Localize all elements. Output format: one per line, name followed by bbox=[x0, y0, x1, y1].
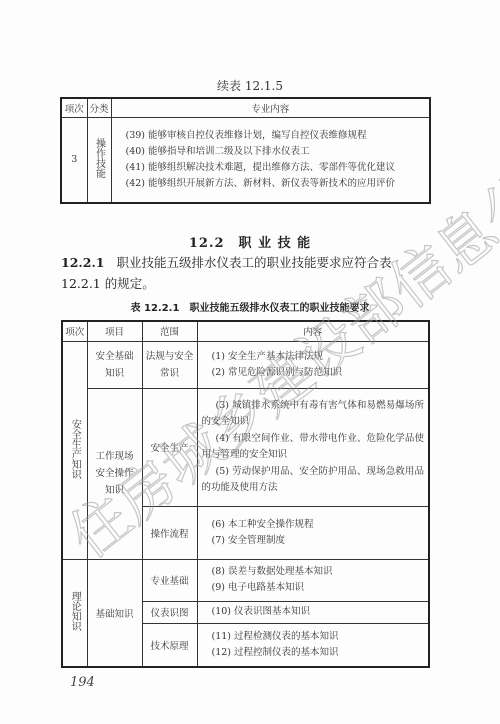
header-item: 项目 bbox=[87, 321, 142, 341]
scope-cell: 专业基础 bbox=[142, 559, 197, 601]
header-index: 项次 bbox=[61, 98, 87, 117]
content-item: (41) 能够组织解决技术难题，提出维修方法、零部件等优化建议 bbox=[126, 160, 430, 176]
table-caption-title: 职业技能五级排水仪表工的职业技能要求 bbox=[189, 303, 369, 314]
scope-cell: 仪表识图 bbox=[142, 601, 197, 623]
section-number: 12.2 bbox=[189, 236, 225, 251]
content-item: (39) 能够审核自控仪表维修计划，编写自控仪表维修规程 bbox=[126, 128, 430, 144]
section-heading: 12.2职 业 技 能 bbox=[0, 232, 500, 251]
header-category: 分类 bbox=[87, 98, 111, 117]
scope-cell: 安全生产 bbox=[142, 388, 197, 506]
scope-cell: 技术原理 bbox=[142, 623, 197, 667]
continued-table: 项次 分类 专业内容 3 操作技能 (39) 能够审核自控仪表维修计划，编写自控… bbox=[60, 97, 431, 204]
skills-table: 项次 项目 范围 内容 安全生产知识 安全基础知识 法规与安全常识 (1) 安全… bbox=[61, 320, 430, 668]
table-header-row: 项次 分类 专业内容 bbox=[61, 98, 430, 117]
page-number: 194 bbox=[70, 675, 95, 690]
category-cell: 理论知识 bbox=[62, 559, 87, 667]
clause-paragraph: 12.2.1职业技能五级排水仪表工的职业技能要求应符合表 12.2.1 的规定。 bbox=[61, 252, 433, 294]
content-item: (42) 能够组织开展新方法、新材料、新仪表等新技术的应用评价 bbox=[126, 176, 430, 192]
content-cell: (8) 误差与数据处理基本知识 (9) 电子电路基本知识 bbox=[197, 559, 429, 601]
content-cell: (10) 仪表识图基本知识 bbox=[197, 601, 429, 623]
table-row: 3 操作技能 (39) 能够审核自控仪表维修计划，编写自控仪表维修规程 (40)… bbox=[61, 117, 430, 203]
header-scope: 范围 bbox=[142, 321, 197, 341]
header-content: 专业内容 bbox=[111, 98, 430, 117]
table-caption: 表 12.2.1职业技能五级排水仪表工的职业技能要求 bbox=[0, 299, 500, 314]
continued-table-caption: 续表 12.1.5 bbox=[0, 77, 500, 94]
table-row: 安全生产知识 安全基础知识 法规与安全常识 (1) 安全生产基本法律法规 (2)… bbox=[62, 341, 429, 388]
clause-text: 职业技能五级排水仪表工的职业技能要求应符合表 12.2.1 的规定。 bbox=[61, 255, 392, 291]
content-cell: (6) 本工种安全操作规程 (7) 安全管理制度 bbox=[197, 506, 429, 559]
item-cell: 基础知识 bbox=[87, 559, 142, 667]
category-cell: 安全生产知识 bbox=[62, 341, 87, 559]
clause-number: 12.2.1 bbox=[61, 255, 105, 270]
header-index: 项次 bbox=[62, 321, 87, 341]
content-cell: (3) 城镇排水系统中有毒有害气体和易燃易爆场所的安全知识 (4) 有限空间作业… bbox=[197, 388, 429, 506]
item-cell: 工作现场安全操作知识 bbox=[87, 388, 142, 559]
table-caption-number: 表 12.2.1 bbox=[131, 303, 180, 314]
content-cell: (11) 过程检测仪表的基本知识 (12) 过程控制仪表的基本知识 bbox=[197, 623, 429, 667]
table-header-row: 项次 项目 范围 内容 bbox=[62, 321, 429, 341]
header-content: 内容 bbox=[197, 321, 429, 341]
content-cell: (1) 安全生产基本法律法规 (2) 常见危险源识别与防范知识 bbox=[197, 341, 429, 388]
item-cell: 安全基础知识 bbox=[87, 341, 142, 388]
row-content: (39) 能够审核自控仪表维修计划，编写自控仪表维修规程 (40) 能够指导和培… bbox=[111, 117, 430, 203]
row-index: 3 bbox=[61, 117, 87, 203]
content-item: (40) 能够指导和培训二级及以下排水仪表工 bbox=[126, 144, 430, 160]
table-row: 理论知识 基础知识 专业基础 (8) 误差与数据处理基本知识 (9) 电子电路基… bbox=[62, 559, 429, 601]
section-title: 职 业 技 能 bbox=[239, 236, 312, 251]
table-row: 工作现场安全操作知识 安全生产 (3) 城镇排水系统中有毒有害气体和易燃易爆场所… bbox=[62, 388, 429, 506]
scope-cell: 法规与安全常识 bbox=[142, 341, 197, 388]
row-category: 操作技能 bbox=[87, 117, 111, 203]
scope-cell: 操作流程 bbox=[142, 506, 197, 559]
